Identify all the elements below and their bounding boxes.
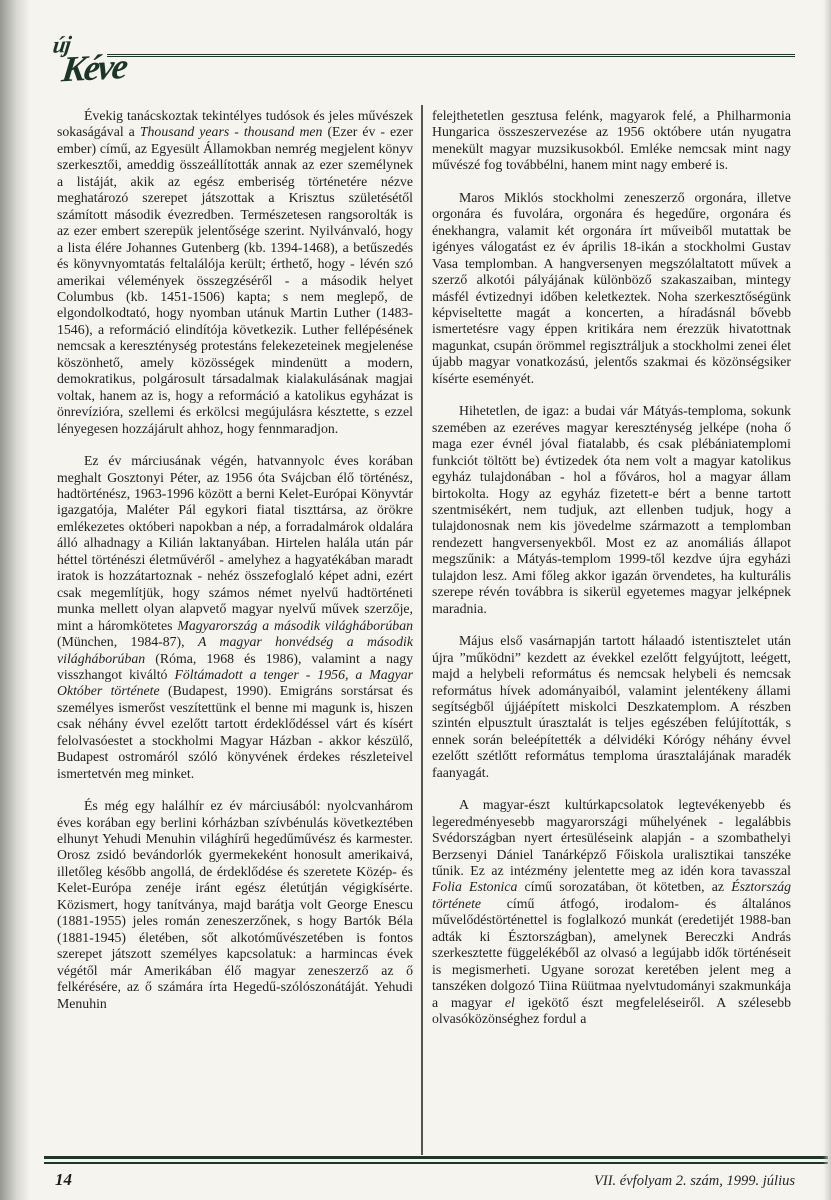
paragraph: Maros Miklós stockholmi zeneszerző orgon… bbox=[432, 190, 791, 387]
paragraph: A magyar-észt kultúrkapcsolatok legtevék… bbox=[432, 797, 791, 1027]
issue-label: VII. évfolyam 2. szám, 1999. július bbox=[594, 1173, 795, 1190]
left-column: Évekig tanácskoztak tekintélyes tudósok … bbox=[57, 108, 413, 1156]
masthead-rule bbox=[107, 54, 795, 57]
text-segment: A magyar-észt kultúrkapcsolatok legtevék… bbox=[432, 797, 791, 878]
column-divider bbox=[421, 105, 423, 1155]
paragraph: felejthetetlen gesztusa felénk, magyarok… bbox=[432, 108, 791, 174]
italic-text-segment: Folia Estonica bbox=[432, 879, 517, 894]
footer-rule bbox=[44, 1156, 828, 1164]
text-segment: Ez év márciusának végén, hatvannyolc éve… bbox=[57, 453, 413, 633]
italic-text-segment: el bbox=[505, 995, 515, 1010]
italic-text-segment: Thousand years - thousand men bbox=[140, 124, 323, 139]
text-segment: Május első vasárnapján tartott hálaadó i… bbox=[432, 633, 791, 780]
paragraph: Ez év márciusának végén, hatvannyolc éve… bbox=[57, 453, 413, 782]
text-segment: Hihetetlen, de igaz: a budai vár Mátyás-… bbox=[432, 403, 791, 615]
magazine-logo: új Kéve bbox=[49, 31, 162, 97]
scanned-page: új Kéve Évekig tanácskoztak tekintélyes … bbox=[0, 0, 831, 1200]
text-segment: felejthetetlen gesztusa felénk, magyarok… bbox=[432, 108, 791, 172]
paragraph: Hihetetlen, de igaz: a budai vár Mátyás-… bbox=[432, 403, 791, 617]
text-segment: És még egy halálhír ez év márciusából: n… bbox=[57, 798, 413, 1010]
text-segment: (München, 1984-87), bbox=[57, 634, 198, 649]
logo-keve-text: Kéve bbox=[60, 45, 129, 91]
text-segment: Maros Miklós stockholmi zeneszerző orgon… bbox=[432, 190, 791, 386]
scan-shadow-left bbox=[0, 0, 30, 1200]
paragraph: És még egy halálhír ez év márciusából: n… bbox=[57, 798, 413, 1012]
scan-shadow-right bbox=[823, 0, 831, 1200]
paragraph: Május első vasárnapján tartott hálaadó i… bbox=[432, 633, 791, 781]
paragraph: Évekig tanácskoztak tekintélyes tudósok … bbox=[57, 108, 413, 437]
text-segment: című sorozatában, öt kötetben, az bbox=[517, 879, 731, 894]
text-segment: című átfogó, irodalom- és általános műve… bbox=[432, 896, 791, 1010]
italic-text-segment: Magyarország a második világháborúban bbox=[177, 618, 413, 633]
right-column: felejthetetlen gesztusa felénk, magyarok… bbox=[432, 108, 791, 1156]
text-segment: (Ezer év - ezer ember) című, az Egyesült… bbox=[57, 124, 413, 435]
page-number: 14 bbox=[55, 1170, 72, 1190]
